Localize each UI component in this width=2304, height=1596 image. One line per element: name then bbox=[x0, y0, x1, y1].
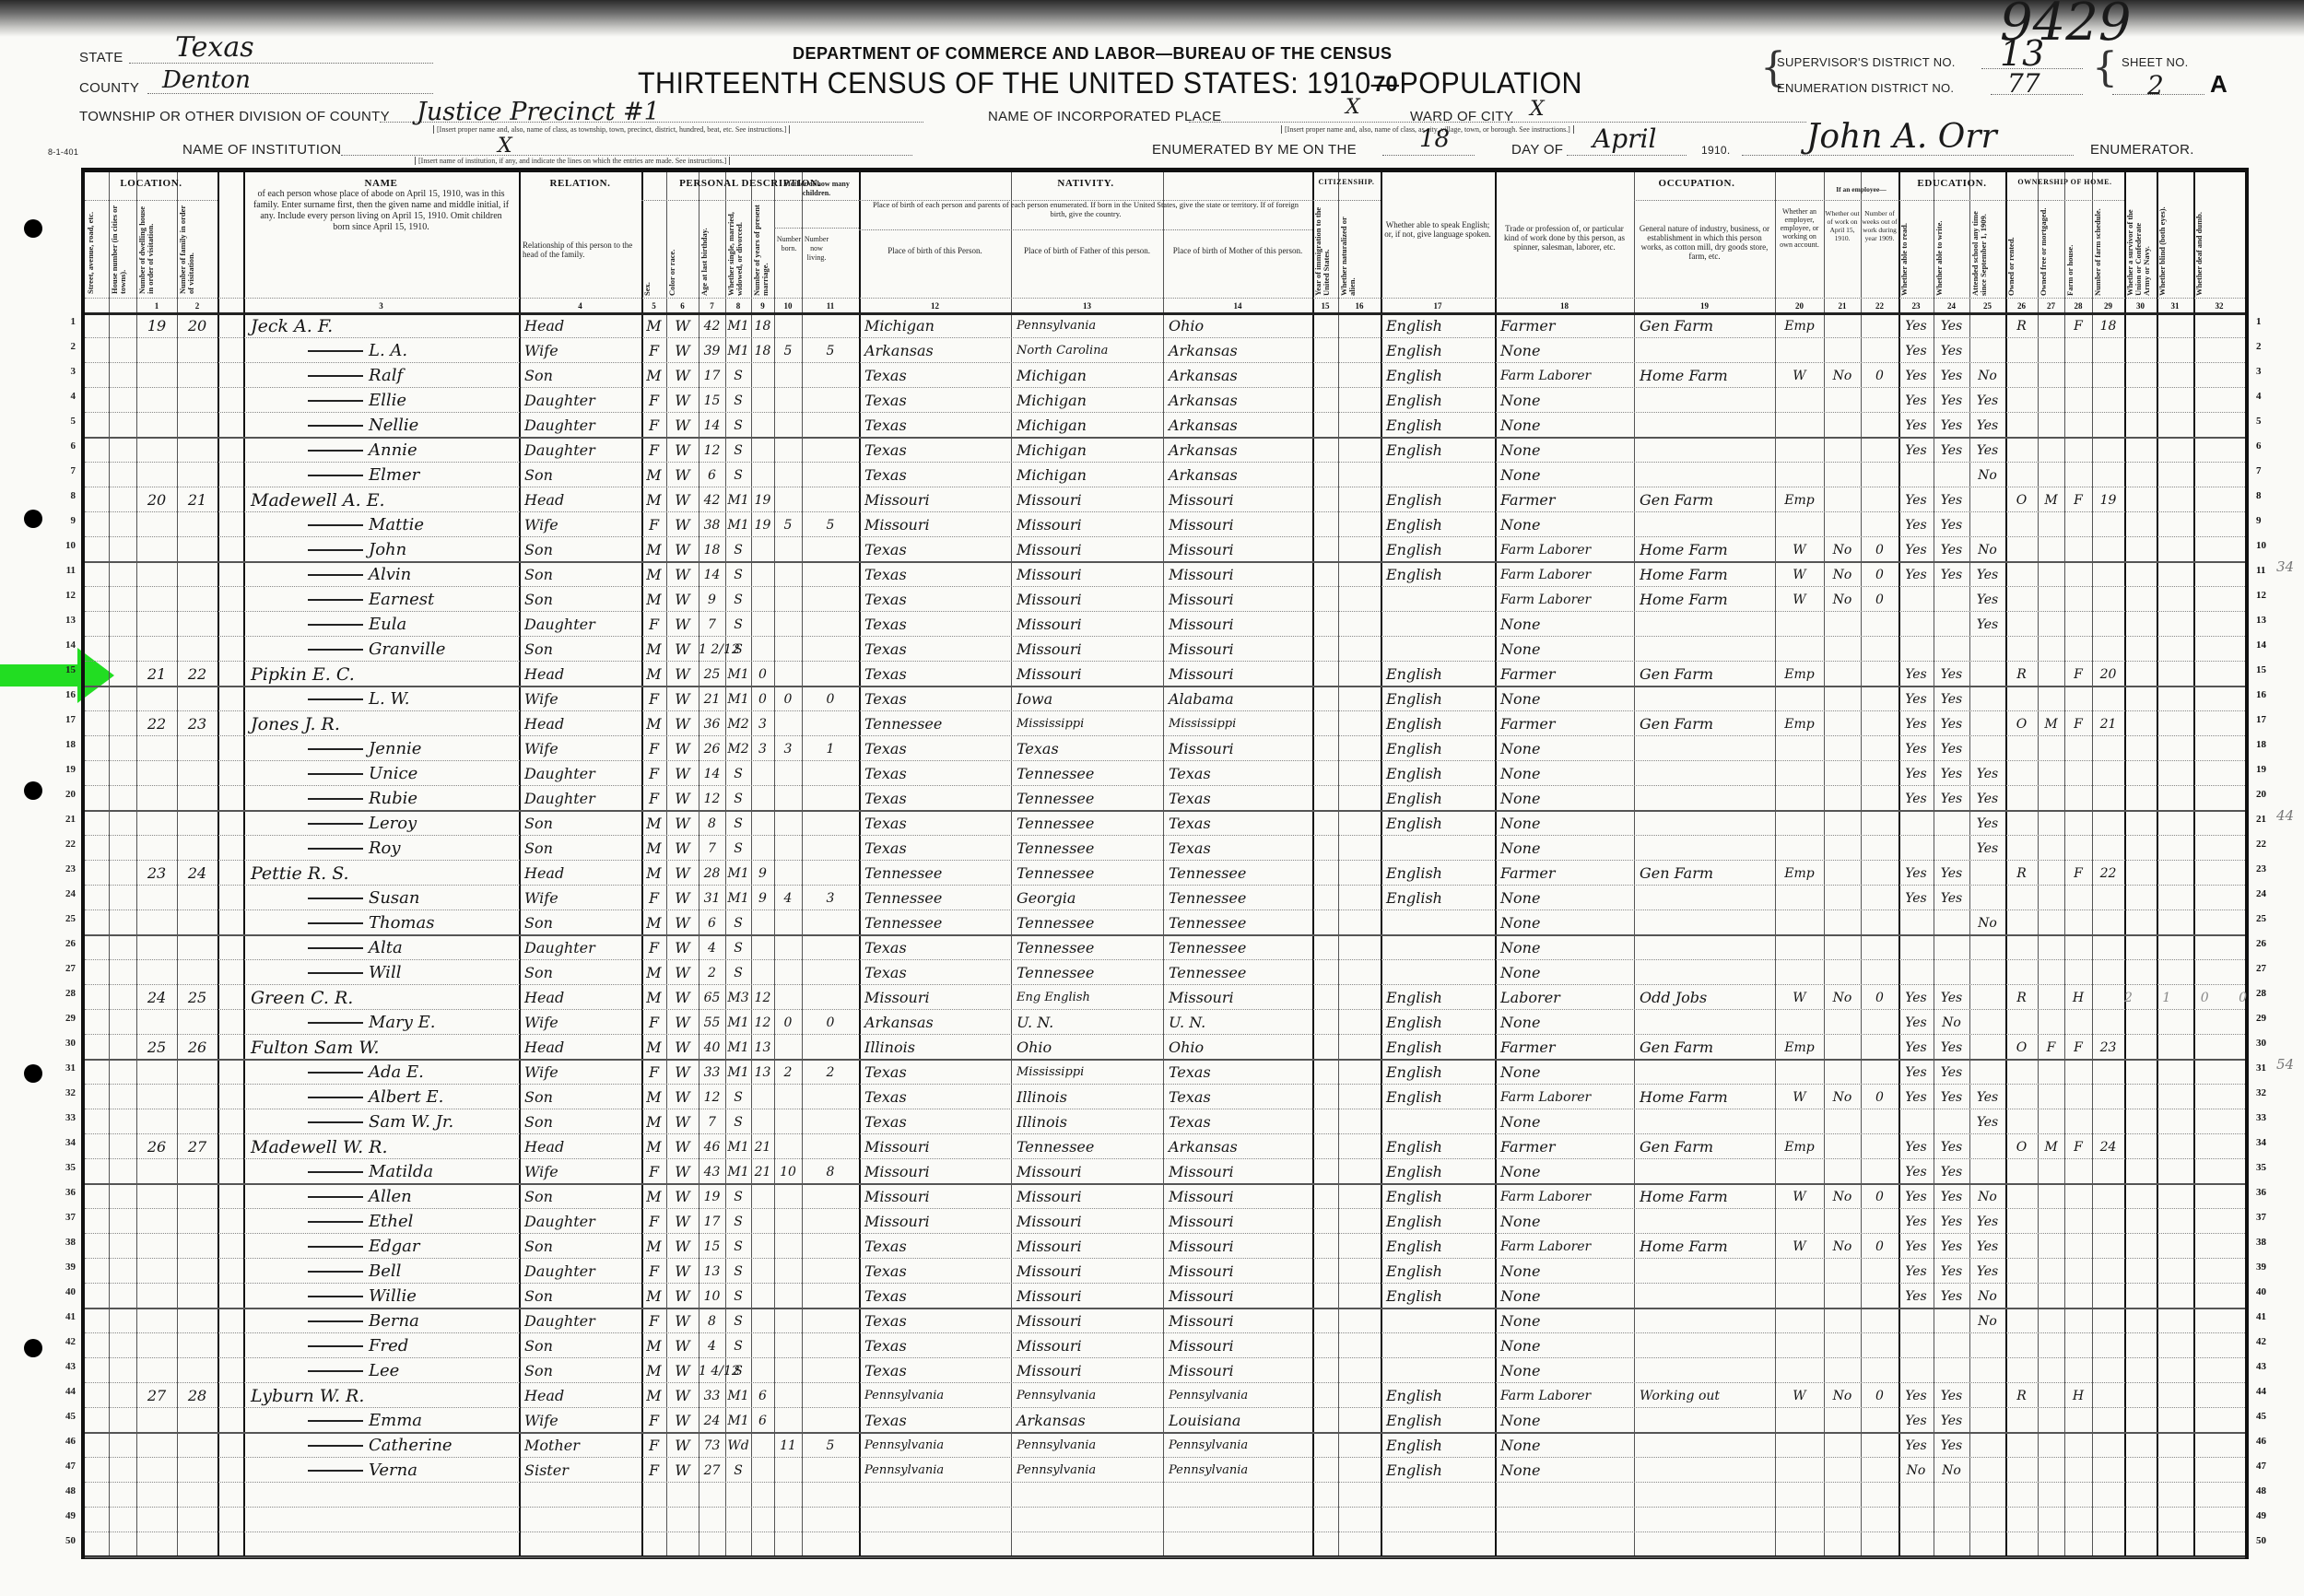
cell-marital: M1 bbox=[725, 1382, 751, 1407]
person-name: Sam W. Jr. bbox=[308, 1109, 453, 1133]
cell-read: Yes bbox=[1898, 1158, 1934, 1183]
person-name-text: Mary E. bbox=[369, 1013, 436, 1032]
cell-write: Yes bbox=[1934, 661, 1969, 686]
line-number-left: 44 bbox=[52, 1378, 76, 1402]
cell-dwelling: 23 bbox=[136, 860, 177, 885]
cell-weeks-out: 0 bbox=[1861, 1084, 1898, 1109]
line-number-right: 33 bbox=[2256, 1104, 2282, 1129]
cell-age: 33 bbox=[699, 1059, 725, 1084]
year-label: 1910. bbox=[1701, 144, 1731, 157]
state-value: Texas bbox=[175, 31, 254, 64]
cell-age: 8 bbox=[699, 1308, 725, 1332]
cell-trade: None bbox=[1500, 1283, 1634, 1308]
cell-trade: Farm Laborer bbox=[1500, 1084, 1634, 1109]
column-description-c0a: Street, avenue, road, etc. bbox=[87, 202, 107, 294]
cell-race: W bbox=[666, 934, 699, 959]
line-number-right: 23 bbox=[2256, 855, 2282, 880]
person-name-text: Alta bbox=[369, 938, 403, 957]
cell-relation: Head bbox=[524, 312, 641, 337]
line-number-right: 6 bbox=[2256, 432, 2282, 457]
person-name: Will bbox=[308, 959, 401, 984]
cell-out-of-work: No bbox=[1824, 1084, 1861, 1109]
cell-write: Yes bbox=[1934, 1208, 1969, 1233]
cell-living: 2 bbox=[802, 1059, 859, 1084]
cell-schedule: 19 bbox=[2092, 487, 2124, 511]
cell-trade: None bbox=[1500, 785, 1634, 810]
cell-mother-birthplace: Pennsylvania bbox=[1169, 1432, 1312, 1457]
person-name-text: Madewell W. R. bbox=[251, 1137, 388, 1157]
line-number-right: 42 bbox=[2256, 1328, 2282, 1353]
person-name-text: Emma bbox=[369, 1411, 422, 1430]
cell-birthplace: Tennessee bbox=[864, 909, 1011, 934]
cell-read: Yes bbox=[1898, 1233, 1934, 1258]
line-number-left: 37 bbox=[52, 1203, 76, 1228]
cell-mother-birthplace: Tennessee bbox=[1169, 885, 1312, 909]
cell-age: 10 bbox=[699, 1283, 725, 1308]
line-number-left: 20 bbox=[52, 780, 76, 805]
cell-read: Yes bbox=[1898, 1208, 1934, 1233]
ward-label: WARD OF CITY bbox=[1410, 109, 1513, 124]
person-name: Annie bbox=[308, 437, 417, 462]
cell-mother-birthplace: Missouri bbox=[1169, 1158, 1312, 1183]
cell-family: 23 bbox=[177, 710, 217, 735]
line-number-left: 2 bbox=[52, 333, 76, 358]
line-number-left: 43 bbox=[52, 1353, 76, 1378]
table-row: BernaDaughterFW8STexasMissouriMissouriNo… bbox=[85, 1308, 2245, 1332]
cell-father-birthplace: Missouri bbox=[1017, 536, 1163, 561]
cell-years-married: 3 bbox=[751, 710, 774, 735]
cell-sex: M bbox=[641, 1382, 666, 1407]
cell-write: No bbox=[1934, 1457, 1969, 1482]
cell-father-birthplace: Pennsylvania bbox=[1017, 1432, 1163, 1457]
cell-mother-birthplace: Missouri bbox=[1169, 487, 1312, 511]
same-surname-dash bbox=[308, 947, 363, 949]
cell-father-birthplace: Missouri bbox=[1017, 1158, 1163, 1183]
cell-mother-birthplace: Missouri bbox=[1169, 561, 1312, 586]
cell-write: Yes bbox=[1934, 1183, 1969, 1208]
cell-read: Yes bbox=[1898, 1432, 1934, 1457]
cell-relation: Son bbox=[524, 536, 641, 561]
cell-relation: Daughter bbox=[524, 1258, 641, 1283]
line-number-right: 22 bbox=[2256, 830, 2282, 855]
cell-relation: Head bbox=[524, 487, 641, 511]
table-row: VernaSisterFW27SPennsylvaniaPennsylvania… bbox=[85, 1457, 2245, 1482]
cell-trade: None bbox=[1500, 1457, 1634, 1482]
cell-write: Yes bbox=[1934, 511, 1969, 536]
cell-write: Yes bbox=[1934, 760, 1969, 785]
cell-english: English bbox=[1386, 1283, 1495, 1308]
cell-trade: None bbox=[1500, 909, 1634, 934]
cell-class: Emp bbox=[1775, 312, 1824, 337]
cell-dwelling: 20 bbox=[136, 487, 177, 511]
cell-out-of-work: No bbox=[1824, 1382, 1861, 1407]
cell-trade: None bbox=[1500, 885, 1634, 909]
cell-read: Yes bbox=[1898, 412, 1934, 437]
person-name: Pipkin E. C. bbox=[251, 661, 355, 686]
county-label: COUNTY bbox=[79, 80, 139, 96]
cell-schedule: 20 bbox=[2092, 661, 2124, 686]
cell-mother-birthplace: Arkansas bbox=[1169, 437, 1312, 462]
person-name-text: Catherine bbox=[369, 1436, 453, 1455]
cell-age: 73 bbox=[699, 1432, 725, 1457]
person-name-text: Pipkin E. C. bbox=[251, 664, 355, 685]
cell-english: English bbox=[1386, 860, 1495, 885]
line-number-right: 34 bbox=[2256, 1129, 2282, 1154]
cell-marital: S bbox=[725, 1332, 751, 1357]
enumerated-day: 18 bbox=[1419, 125, 1450, 153]
sheet-value: 2 bbox=[2147, 70, 2164, 100]
cell-race: W bbox=[666, 1059, 699, 1084]
cell-dwelling: 22 bbox=[136, 710, 177, 735]
cell-age: 12 bbox=[699, 785, 725, 810]
line-number-right: 9 bbox=[2256, 507, 2282, 532]
column-description-c13: Place of birth of Father of this person. bbox=[1015, 246, 1159, 274]
cell-years-married: 0 bbox=[751, 661, 774, 686]
line-number-left: 17 bbox=[52, 706, 76, 731]
cell-family: 25 bbox=[177, 984, 217, 1009]
cell-out-of-work: No bbox=[1824, 1233, 1861, 1258]
cell-father-birthplace: Michigan bbox=[1017, 462, 1163, 487]
cell-write: Yes bbox=[1934, 1432, 1969, 1457]
cell-father-birthplace: Illinois bbox=[1017, 1109, 1163, 1133]
subgroup-underline bbox=[859, 229, 1312, 230]
cell-father-birthplace: Missouri bbox=[1017, 1233, 1163, 1258]
cell-trade: Laborer bbox=[1500, 984, 1634, 1009]
cell-race: W bbox=[666, 909, 699, 934]
same-surname-dash bbox=[308, 574, 363, 576]
cell-sex: F bbox=[641, 1059, 666, 1084]
cell-sex: M bbox=[641, 909, 666, 934]
cell-father-birthplace: Iowa bbox=[1017, 686, 1163, 710]
cell-trade: Farm Laborer bbox=[1500, 1183, 1634, 1208]
cell-english: English bbox=[1386, 686, 1495, 710]
person-name: Edgar bbox=[308, 1233, 420, 1258]
cell-read: Yes bbox=[1898, 686, 1934, 710]
cell-write: Yes bbox=[1934, 1084, 1969, 1109]
same-surname-dash bbox=[308, 599, 363, 601]
column-description-c12: Place of birth of this Person. bbox=[863, 246, 1007, 274]
cell-class: W bbox=[1775, 1233, 1824, 1258]
cell-relation: Son bbox=[524, 810, 641, 835]
cell-relation: Daughter bbox=[524, 412, 641, 437]
cell-school: No bbox=[1969, 1183, 2005, 1208]
line-number-left: 22 bbox=[52, 830, 76, 855]
cell-born: 10 bbox=[774, 1158, 802, 1183]
cell-family: 28 bbox=[177, 1382, 217, 1407]
cell-relation: Daughter bbox=[524, 760, 641, 785]
cell-marital: S bbox=[725, 1084, 751, 1109]
table-row: MatildaWifeFW43M121108MissouriMissouriMi… bbox=[85, 1158, 2245, 1183]
cell-english: English bbox=[1386, 735, 1495, 760]
table-row: LeeSonMW1 4/12STexasMissouriMissouriNone bbox=[85, 1357, 2245, 1382]
cell-relation: Wife bbox=[524, 337, 641, 362]
cell-years-married: 13 bbox=[751, 1059, 774, 1084]
day-of-label: DAY OF bbox=[1511, 142, 1563, 158]
line-number-left: 3 bbox=[52, 358, 76, 382]
cell-class: Emp bbox=[1775, 1133, 1824, 1158]
cell-father-birthplace: Michigan bbox=[1017, 437, 1163, 462]
cell-mortgaged: F bbox=[2038, 1034, 2064, 1059]
cell-school: No bbox=[1969, 536, 2005, 561]
cell-age: 1 2/12 bbox=[699, 636, 725, 661]
cell-read: Yes bbox=[1898, 511, 1934, 536]
person-name: Jennie bbox=[308, 735, 421, 760]
person-name-text: Madewell A. E. bbox=[251, 490, 385, 510]
cell-sex: M bbox=[641, 661, 666, 686]
person-name: Susan bbox=[308, 885, 420, 909]
cell-father-birthplace: Missouri bbox=[1017, 1283, 1163, 1308]
cell-trade: None bbox=[1500, 1332, 1634, 1357]
cell-birthplace: Texas bbox=[864, 1109, 1011, 1133]
cell-marital: M1 bbox=[725, 1133, 751, 1158]
cell-father-birthplace: Eng English bbox=[1017, 984, 1163, 1009]
group-underline bbox=[2005, 200, 2124, 201]
cell-mortgaged: M bbox=[2038, 710, 2064, 735]
line-number-left: 26 bbox=[52, 930, 76, 955]
cell-school: Yes bbox=[1969, 810, 2005, 835]
cell-birthplace: Texas bbox=[864, 1059, 1011, 1084]
cell-birthplace: Missouri bbox=[864, 1133, 1011, 1158]
cell-english: English bbox=[1386, 661, 1495, 686]
cell-mother-birthplace: Missouri bbox=[1169, 1357, 1312, 1382]
cell-age: 7 bbox=[699, 835, 725, 860]
cell-school: Yes bbox=[1969, 835, 2005, 860]
cell-read: Yes bbox=[1898, 760, 1934, 785]
cell-english: English bbox=[1386, 1059, 1495, 1084]
same-surname-dash bbox=[308, 375, 363, 377]
line-number-right: 46 bbox=[2256, 1427, 2282, 1452]
cell-age: 25 bbox=[699, 661, 725, 686]
group-underline bbox=[1312, 200, 1381, 201]
person-name: Granville bbox=[308, 636, 445, 661]
cell-sex: M bbox=[641, 959, 666, 984]
cell-industry: Home Farm bbox=[1640, 1233, 1775, 1258]
cell-sex: M bbox=[641, 1332, 666, 1357]
cell-age: 4 bbox=[699, 1332, 725, 1357]
cell-marital: S bbox=[725, 611, 751, 636]
cell-father-birthplace: Missouri bbox=[1017, 1332, 1163, 1357]
cell-class: W bbox=[1775, 536, 1824, 561]
cell-weeks-out: 0 bbox=[1861, 984, 1898, 1009]
form-number: 70 bbox=[1373, 72, 1398, 98]
same-surname-dash bbox=[308, 922, 363, 924]
group-location: LOCATION. bbox=[85, 178, 217, 189]
cell-relation: Daughter bbox=[524, 1208, 641, 1233]
cell-age: 38 bbox=[699, 511, 725, 536]
cell-birthplace: Texas bbox=[864, 561, 1011, 586]
column-description-c27: Owned free or mortgaged. bbox=[2040, 204, 2063, 296]
cell-relation: Son bbox=[524, 1109, 641, 1133]
cell-father-birthplace: Tennessee bbox=[1017, 785, 1163, 810]
group-underline bbox=[1898, 200, 2005, 201]
cell-birthplace: Texas bbox=[864, 362, 1011, 387]
day-underline bbox=[1382, 155, 1475, 156]
column-description-c11: Number now living. bbox=[803, 235, 830, 290]
cell-father-birthplace: Georgia bbox=[1017, 885, 1163, 909]
cell-marital: M3 bbox=[725, 984, 751, 1009]
person-name-text: Earnest bbox=[369, 590, 434, 609]
same-surname-dash bbox=[308, 1097, 363, 1098]
cell-marital: M1 bbox=[725, 860, 751, 885]
cell-sex: M bbox=[641, 835, 666, 860]
cell-read: Yes bbox=[1898, 735, 1934, 760]
cell-write: Yes bbox=[1934, 536, 1969, 561]
column-description-c4: Relationship of this person to the head … bbox=[523, 241, 638, 287]
cell-english: English bbox=[1386, 1258, 1495, 1283]
line-number-right: 29 bbox=[2256, 1004, 2282, 1029]
cell-race: W bbox=[666, 487, 699, 511]
cell-mother-birthplace: U. N. bbox=[1169, 1009, 1312, 1034]
table-row: Pipkin E. C.2122HeadMW25M10TexasMissouri… bbox=[85, 661, 2245, 686]
column-description-c16: Whether naturalized or alien. bbox=[1340, 204, 1379, 296]
line-number-right: 37 bbox=[2256, 1203, 2282, 1228]
line-number-left: 8 bbox=[52, 482, 76, 507]
cell-marital: S bbox=[725, 1183, 751, 1208]
cell-age: 21 bbox=[699, 686, 725, 710]
cell-living: 5 bbox=[802, 1432, 859, 1457]
line-number-left: 4 bbox=[52, 382, 76, 407]
cell-trade: Farmer bbox=[1500, 1133, 1634, 1158]
cell-farm-house: F bbox=[2064, 661, 2092, 686]
cell-sex: M bbox=[641, 1357, 666, 1382]
cell-sex: M bbox=[641, 536, 666, 561]
cell-father-birthplace: Michigan bbox=[1017, 362, 1163, 387]
cell-race: W bbox=[666, 561, 699, 586]
person-name-text: Nellie bbox=[369, 416, 418, 435]
cell-age: 33 bbox=[699, 1382, 725, 1407]
cell-mother-birthplace: Texas bbox=[1169, 785, 1312, 810]
cell-birthplace: Texas bbox=[864, 462, 1011, 487]
cell-age: 6 bbox=[699, 909, 725, 934]
cell-school: Yes bbox=[1969, 561, 2005, 586]
person-name: Ellie bbox=[308, 387, 406, 412]
line-number-left: 31 bbox=[52, 1054, 76, 1079]
cell-mother-birthplace: Texas bbox=[1169, 760, 1312, 785]
table-row: AltaDaughterFW4STexasTennesseeTennesseeN… bbox=[85, 934, 2245, 959]
cell-father-birthplace: Missouri bbox=[1017, 1308, 1163, 1332]
cell-sex: F bbox=[641, 1308, 666, 1332]
cell-birthplace: Texas bbox=[864, 586, 1011, 611]
punch-hole bbox=[24, 219, 42, 238]
cell-english: English bbox=[1386, 984, 1495, 1009]
cell-birthplace: Missouri bbox=[864, 487, 1011, 511]
person-name: Emma bbox=[308, 1407, 422, 1432]
cell-trade: None bbox=[1500, 1258, 1634, 1283]
cell-mother-birthplace: Missouri bbox=[1169, 586, 1312, 611]
brace-right: { bbox=[2092, 48, 2118, 88]
cell-born: 0 bbox=[774, 1009, 802, 1034]
cell-sex: M bbox=[641, 1109, 666, 1133]
cell-father-birthplace: Missouri bbox=[1017, 511, 1163, 536]
table-row: Albert E.SonMW12STexasIllinoisTexasEngli… bbox=[85, 1084, 2245, 1109]
punch-hole bbox=[24, 1064, 42, 1083]
cell-race: W bbox=[666, 1382, 699, 1407]
person-name: Matilda bbox=[308, 1158, 433, 1183]
person-name: Fred bbox=[308, 1332, 408, 1357]
cell-trade: None bbox=[1500, 1109, 1634, 1133]
line-number-left: 36 bbox=[52, 1179, 76, 1203]
table-row: SusanWifeFW31M1943TennesseeGeorgiaTennes… bbox=[85, 885, 2245, 909]
person-name: Berna bbox=[308, 1308, 419, 1332]
cell-race: W bbox=[666, 636, 699, 661]
person-name: Thomas bbox=[308, 909, 434, 934]
cell-marital: M2 bbox=[725, 710, 751, 735]
cell-sex: M bbox=[641, 1034, 666, 1059]
cell-father-birthplace: Missouri bbox=[1017, 661, 1163, 686]
person-name-text: Bell bbox=[369, 1262, 401, 1281]
cell-born: 3 bbox=[774, 735, 802, 760]
person-name: Earnest bbox=[308, 586, 434, 611]
cell-race: W bbox=[666, 1308, 699, 1332]
person-name: Ada E. bbox=[308, 1059, 424, 1084]
cell-trade: None bbox=[1500, 1009, 1634, 1034]
line-number-right: 39 bbox=[2256, 1253, 2282, 1278]
person-name-text: Willie bbox=[369, 1286, 417, 1306]
person-name-text: Lee bbox=[369, 1361, 399, 1380]
cell-industry: Odd Jobs bbox=[1640, 984, 1775, 1009]
cell-age: 13 bbox=[699, 1258, 725, 1283]
cell-mother-birthplace: Arkansas bbox=[1169, 462, 1312, 487]
person-name-text: Leroy bbox=[369, 814, 417, 833]
cell-class: W bbox=[1775, 1382, 1824, 1407]
person-name: Ethel bbox=[308, 1208, 413, 1233]
cell-father-birthplace: Tennessee bbox=[1017, 835, 1163, 860]
cell-family: 24 bbox=[177, 860, 217, 885]
cell-read: Yes bbox=[1898, 337, 1934, 362]
cell-farm-house: F bbox=[2064, 312, 2092, 337]
table-row: Jeck A. F.1920HeadMW42M118MichiganPennsy… bbox=[85, 312, 2245, 337]
line-number-right: 41 bbox=[2256, 1303, 2282, 1328]
cell-mother-birthplace: Missouri bbox=[1169, 984, 1312, 1009]
cell-birthplace: Missouri bbox=[864, 984, 1011, 1009]
cell-marital: S bbox=[725, 1308, 751, 1332]
cell-father-birthplace: Missouri bbox=[1017, 487, 1163, 511]
cell-birthplace: Texas bbox=[864, 835, 1011, 860]
cell-age: 17 bbox=[699, 362, 725, 387]
line-number-right: 47 bbox=[2256, 1452, 2282, 1477]
cell-age: 40 bbox=[699, 1034, 725, 1059]
cell-read: Yes bbox=[1898, 1009, 1934, 1034]
person-name: Verna bbox=[308, 1457, 417, 1482]
enumeration-district-label: ENUMERATION DISTRICT NO. bbox=[1777, 81, 1954, 95]
cell-read: Yes bbox=[1898, 885, 1934, 909]
cell-out-of-work: No bbox=[1824, 586, 1861, 611]
cell-dwelling: 21 bbox=[136, 661, 177, 686]
cell-school: No bbox=[1969, 462, 2005, 487]
cell-sex: M bbox=[641, 1233, 666, 1258]
cell-birthplace: Texas bbox=[864, 536, 1011, 561]
cell-owned: R bbox=[2005, 984, 2038, 1009]
cell-father-birthplace: Ohio bbox=[1017, 1034, 1163, 1059]
cell-birthplace: Texas bbox=[864, 1308, 1011, 1332]
cell-father-birthplace: U. N. bbox=[1017, 1009, 1163, 1034]
person-name: Lyburn W. R. bbox=[251, 1382, 364, 1407]
cell-extra-marks: 2 1 0 0 bbox=[2124, 984, 2260, 1009]
table-row: Sam W. Jr.SonMW7STexasIllinoisTexasNoneY… bbox=[85, 1109, 2245, 1133]
cell-father-birthplace: Pennsylvania bbox=[1017, 1382, 1163, 1407]
cell-english: English bbox=[1386, 561, 1495, 586]
cell-mother-birthplace: Missouri bbox=[1169, 1208, 1312, 1233]
cell-mother-birthplace: Arkansas bbox=[1169, 412, 1312, 437]
table-row: EthelDaughterFW17SMissouriMissouriMissou… bbox=[85, 1208, 2245, 1233]
cell-mother-birthplace: Missouri bbox=[1169, 636, 1312, 661]
cell-age: 1 4/12 bbox=[699, 1357, 725, 1382]
cell-write: Yes bbox=[1934, 1258, 1969, 1283]
cell-birthplace: Pennsylvania bbox=[864, 1432, 1011, 1457]
cell-read: Yes bbox=[1898, 661, 1934, 686]
person-name: Jeck A. F. bbox=[251, 312, 333, 337]
margin-note: 34 bbox=[2276, 558, 2294, 575]
